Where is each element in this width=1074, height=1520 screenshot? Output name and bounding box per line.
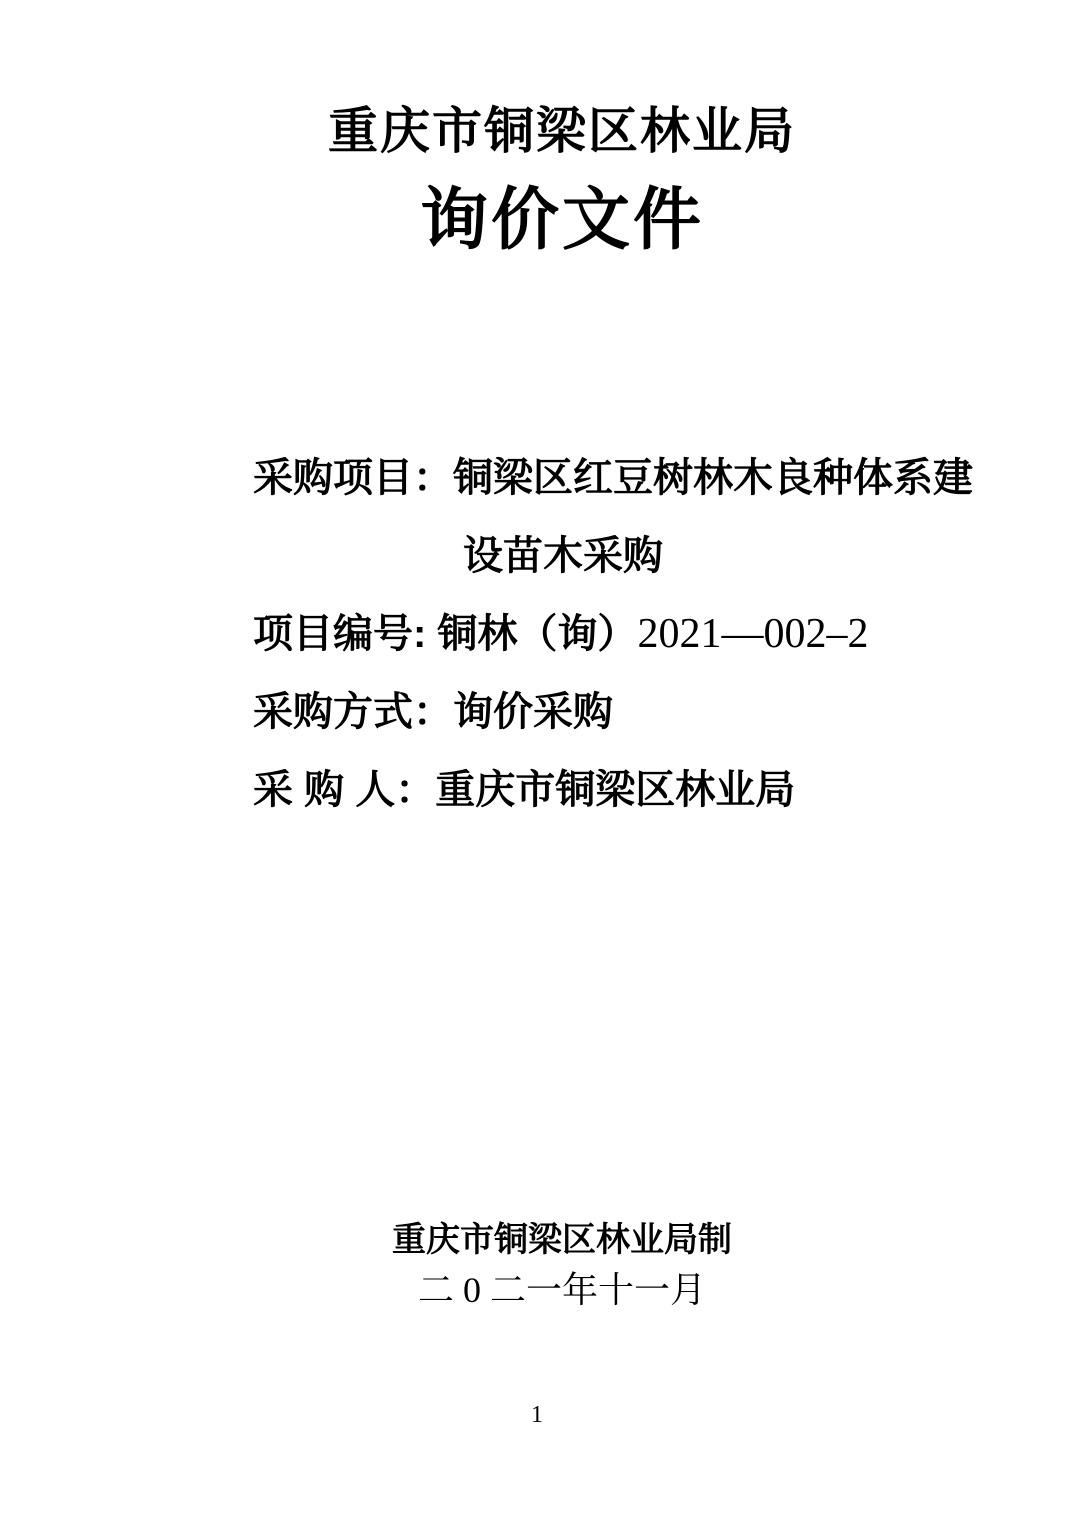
- organization-title: 重庆市铜梁区林业局: [50, 96, 1074, 166]
- field-purchase-method: 采购方式：询价采购: [253, 673, 973, 751]
- field-project-number: 项目编号: 铜林（询）2021—002–2: [253, 595, 973, 673]
- field-purchaser: 采 购 人：重庆市铜梁区林业局: [253, 751, 973, 829]
- procurement-details: 采购项目：铜梁区红豆树林木良种体系建 设苗木采购 项目编号: 铜林（询）2021…: [253, 439, 973, 829]
- field-project-number-label: 项目编号: 铜林（询）: [253, 612, 637, 656]
- document-page: 重庆市铜梁区林业局 询价文件 采购项目：铜梁区红豆树林木良种体系建 设苗木采购 …: [0, 0, 1074, 1520]
- field-purchase-project-line1: 采购项目：铜梁区红豆树林木良种体系建: [253, 439, 973, 517]
- document-title: 询价文件: [50, 178, 1074, 262]
- page-number: 1: [0, 1398, 1074, 1432]
- title-block: 重庆市铜梁区林业局 询价文件: [50, 96, 1074, 262]
- footer-date: 二 0 二一年十一月: [50, 1264, 1074, 1316]
- footer-block: 重庆市铜梁区林业局制 二 0 二一年十一月: [50, 1216, 1074, 1316]
- footer-issuer: 重庆市铜梁区林业局制: [50, 1216, 1074, 1264]
- field-purchase-project-line2: 设苗木采购: [253, 517, 973, 595]
- field-project-number-value: 2021—002–2: [637, 611, 868, 657]
